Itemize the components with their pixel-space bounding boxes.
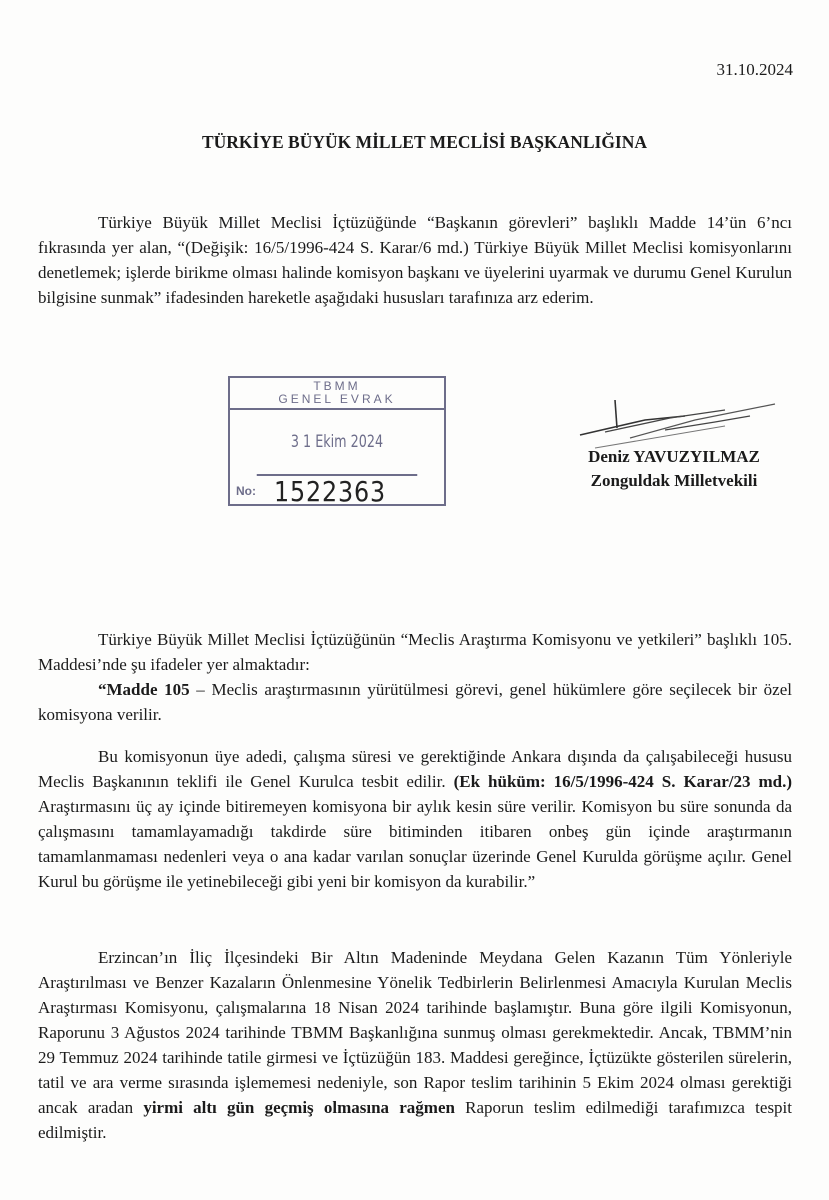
- paragraph-intro: Türkiye Büyük Millet Meclisi İçtüzüğünde…: [38, 210, 792, 310]
- p5-text-a: Erzincan’ın İliç İlçesindeki Bir Altın M…: [38, 948, 792, 1117]
- p5-bold: yirmi altı gün geçmiş olmasına rağmen: [143, 1098, 455, 1117]
- quote-article-105: “Madde 105 – Meclis araştırmasının yürüt…: [38, 677, 792, 727]
- document-title: TÜRKİYE BÜYÜK MİLLET MECLİSİ BAŞKANLIĞIN…: [0, 132, 829, 153]
- paragraph-regulation-ref: Türkiye Büyük Millet Meclisi İçtüzüğünün…: [38, 627, 792, 677]
- quote2-bold: (Ek hüküm: 16/5/1996-424 S. Karar/23 md.…: [454, 772, 792, 791]
- paragraph-commission-status: Erzincan’ın İliç İlçesindeki Bir Altın M…: [38, 945, 792, 1145]
- signer-name: Deniz YAVUZYILMAZ: [562, 445, 786, 469]
- registry-stamp: TBMM GENEL EVRAK 3 1 Ekim 2024 No: 15223…: [228, 376, 446, 506]
- quote-article-105-cont: Bu komisyonun üye adedi, çalışma süresi …: [38, 744, 792, 894]
- stamp-header: TBMM GENEL EVRAK: [230, 378, 444, 410]
- stamp-date: 3 1 Ekim 2024: [257, 410, 418, 476]
- document-date: 31.10.2024: [717, 60, 794, 80]
- stamp-footer: No: 1522363: [230, 476, 444, 506]
- stamp-no-label: No:: [236, 484, 256, 498]
- quote2-text-b: Araştırmasını üç ay içinde bitiremeyen k…: [38, 797, 792, 891]
- signature-icon: [575, 390, 785, 450]
- signer-block: Deniz YAVUZYILMAZ Zonguldak Milletvekili: [562, 445, 786, 493]
- stamp-number: 1522363: [274, 475, 386, 508]
- signer-title: Zonguldak Milletvekili: [562, 469, 786, 493]
- quote-article-lead: “Madde 105: [98, 680, 190, 699]
- stamp-line2: GENEL EVRAK: [230, 393, 444, 406]
